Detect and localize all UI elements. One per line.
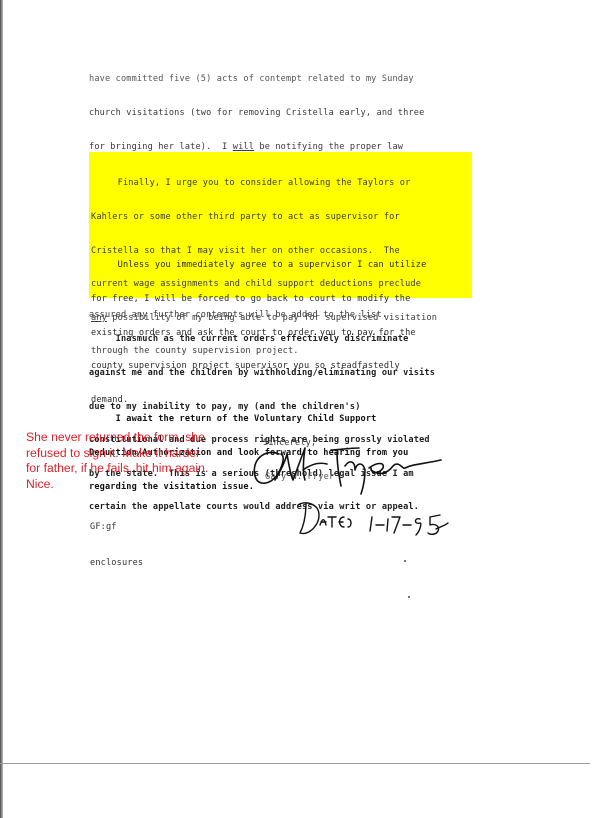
scan-edge-shadow [0, 0, 3, 818]
scan-speck [404, 560, 406, 562]
text-line: against me and the children by withholdi… [89, 368, 435, 379]
scan-speck [408, 596, 410, 598]
page-fold-line [0, 763, 590, 764]
handwritten-date-icon [290, 495, 450, 545]
annotation-line: for father, if he fails, hit him again. [26, 461, 236, 477]
reference-initials: GF:gf [90, 521, 143, 533]
annotation-line: Nice. [26, 477, 236, 493]
enclosures-note: enclosures [90, 557, 143, 569]
reference-block: GF:gf enclosures [90, 497, 143, 593]
text-fragment: be notifying the proper law [254, 142, 403, 152]
text-fragment: for bringing her late). I [89, 142, 233, 152]
text-line: have committed five (5) acts of contempt… [89, 74, 435, 85]
text-line: Unless you immediately agree to a superv… [91, 260, 426, 271]
scanned-letter-page: have committed five (5) acts of contempt… [0, 0, 594, 818]
text-line: Kahlers or some other third party to act… [91, 212, 437, 223]
handwritten-signature-icon [245, 440, 465, 495]
text-line: I await the return of the Voluntary Chil… [89, 414, 408, 425]
text-line: for free, I will be forced to go back to… [91, 294, 426, 305]
red-annotation: She never returned the form, she refused… [26, 430, 236, 492]
text-line: church visitations (two for removing Cri… [89, 108, 435, 119]
annotation-line: She never returned the form, she [26, 430, 236, 446]
annotation-line: refused to sign it. Make it harder [26, 446, 236, 462]
text-line: Inasmuch as the current orders effective… [89, 334, 435, 345]
text-line: Finally, I urge you to consider allowing… [91, 178, 437, 189]
underlined-word-will: will [233, 142, 254, 152]
